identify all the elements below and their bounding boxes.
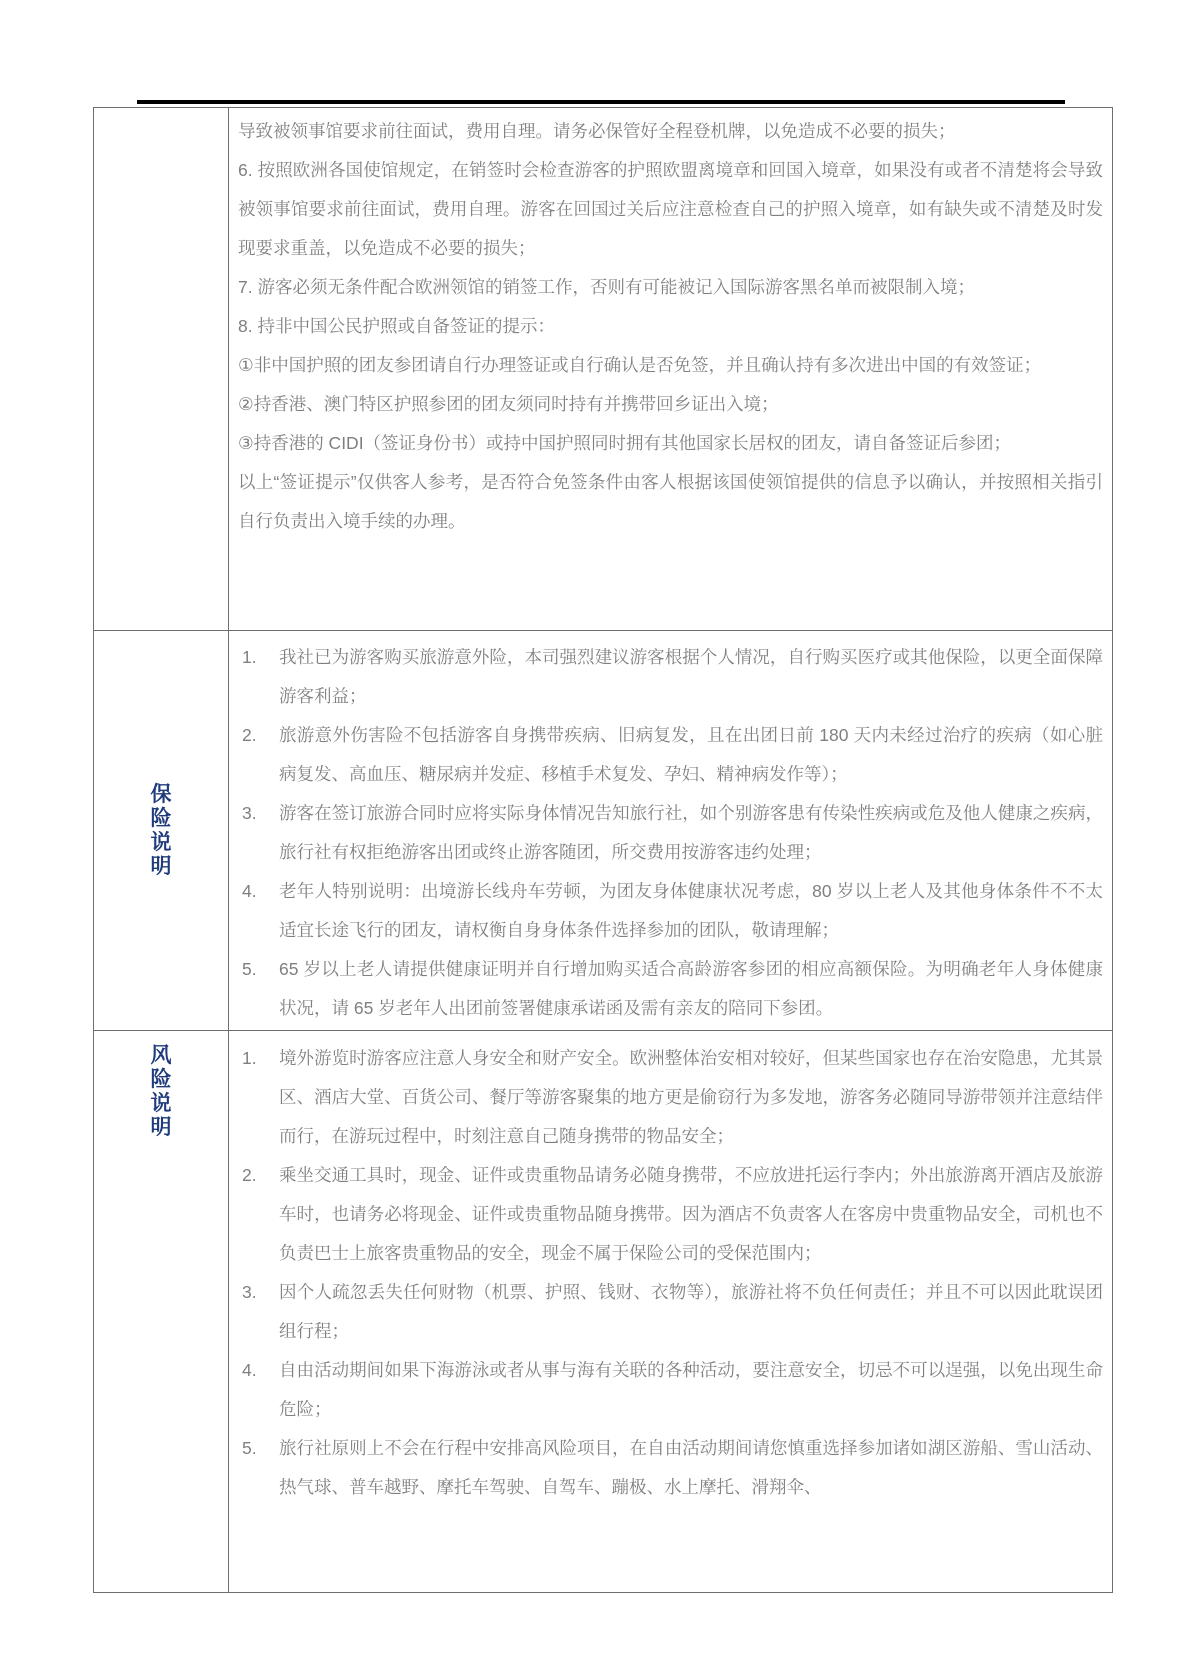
list-item-text: 老年人特别说明：出境游长线舟车劳顿，为团友身体健康状况考虑，80 岁以上老人及其…: [279, 872, 1103, 950]
list-item-text: 65 岁以上老人请提供健康证明并自行增加购买适合高龄游客参团的相应高额保险。为明…: [279, 950, 1103, 1028]
list-item: 4. 自由活动期间如果下海游泳或者从事与海有关联的各种活动，要注意安全，切忌不可…: [242, 1351, 1103, 1429]
document-page: 导致被领事馆要求前往面试，费用自理。请务必保管好全程登机牌，以免造成不必要的损失…: [0, 0, 1185, 1678]
list-item-number: 5.: [242, 1429, 279, 1507]
list-item: 2. 乘坐交通工具时，现金、证件或贵重物品请务必随身携带，不应放进托运行李内；外…: [242, 1156, 1103, 1273]
table-row-visa-notes-continued: 导致被领事馆要求前往面试，费用自理。请务必保管好全程登机牌，以免造成不必要的损失…: [94, 108, 1112, 630]
paragraph: 导致被领事馆要求前往面试，费用自理。请务必保管好全程登机牌，以免造成不必要的损失…: [238, 112, 1103, 151]
insurance-notes-content: 1. 我社已为游客购买旅游意外险，本司强烈建议游客根据个人情况，自行购买医疗或其…: [229, 631, 1112, 1030]
list-item: 2. 旅游意外伤害险不包括游客自身携带疾病、旧病复发，且在出团日前 180 天内…: [242, 716, 1103, 794]
visa-notes-content: 导致被领事馆要求前往面试，费用自理。请务必保管好全程登机牌，以免造成不必要的损失…: [229, 108, 1112, 630]
paragraph: 7. 游客必须无条件配合欧洲领馆的销签工作，否则有可能被记入国际游客黑名单而被限…: [238, 268, 1103, 307]
list-item-number: 1.: [242, 638, 279, 716]
list-item-text: 自由活动期间如果下海游泳或者从事与海有关联的各种活动，要注意安全，切忌不可以逞强…: [279, 1351, 1103, 1429]
paragraph: 6. 按照欧洲各国使馆规定，在销签时会检查游客的护照欧盟离境章和回国入境章，如果…: [238, 151, 1103, 268]
list-item: 1. 我社已为游客购买旅游意外险，本司强烈建议游客根据个人情况，自行购买医疗或其…: [242, 638, 1103, 716]
list-item: 1. 境外游览时游客应注意人身安全和财产安全。欧洲整体治安相对较好，但某些国家也…: [242, 1039, 1103, 1156]
list-item-text: 境外游览时游客应注意人身安全和财产安全。欧洲整体治安相对较好，但某些国家也存在治…: [279, 1039, 1103, 1156]
list-item-number: 2.: [242, 716, 279, 794]
list-item-number: 3.: [242, 794, 279, 872]
list-item-number: 4.: [242, 872, 279, 950]
paragraph: ③持香港的 CIDI（签证身份书）或持中国护照同时拥有其他国家长居权的团友，请自…: [238, 424, 1103, 463]
list-item-number: 4.: [242, 1351, 279, 1429]
travel-notice-table: 导致被领事馆要求前往面试，费用自理。请务必保管好全程登机牌，以免造成不必要的损失…: [93, 107, 1113, 1593]
list-item-text: 我社已为游客购买旅游意外险，本司强烈建议游客根据个人情况，自行购买医疗或其他保险…: [279, 638, 1103, 716]
list-item-text: 因个人疏忽丢失任何财物（机票、护照、钱财、衣物等），旅游社将不负任何责任；并且不…: [279, 1273, 1103, 1351]
table-continuation-thick-border: [137, 100, 1065, 104]
list-item-text: 旅行社原则上不会在行程中安排高风险项目，在自由活动期间请您慎重选择参加诸如湖区游…: [279, 1429, 1103, 1507]
paragraph: ②持香港、澳门特区护照参团的团友须同时持有并携带回乡证出入境；: [238, 385, 1103, 424]
list-item-number: 2.: [242, 1156, 279, 1273]
paragraph: 以上“签证提示”仅供客人参考，是否符合免签条件由客人根据该国使领馆提供的信息予以…: [238, 463, 1103, 541]
list-item-text: 乘坐交通工具时，现金、证件或贵重物品请务必随身携带，不应放进托运行李内；外出旅游…: [279, 1156, 1103, 1273]
insurance-section-label: 保险说明: [148, 783, 174, 879]
list-item-number: 1.: [242, 1039, 279, 1156]
row-label-cell-empty: [94, 108, 229, 630]
row-label-cell-risk: 风险说明: [94, 1031, 229, 1592]
list-item: 5. 旅行社原则上不会在行程中安排高风险项目，在自由活动期间请您慎重选择参加诸如…: [242, 1429, 1103, 1507]
list-item-number: 5.: [242, 950, 279, 1028]
list-item: 3. 游客在签订旅游合同时应将实际身体情况告知旅行社，如个别游客患有传染性疾病或…: [242, 794, 1103, 872]
list-item: 5. 65 岁以上老人请提供健康证明并自行增加购买适合高龄游客参团的相应高额保险…: [242, 950, 1103, 1028]
list-item-text: 游客在签订旅游合同时应将实际身体情况告知旅行社，如个别游客患有传染性疾病或危及他…: [279, 794, 1103, 872]
table-row-risk-notes: 风险说明 1. 境外游览时游客应注意人身安全和财产安全。欧洲整体治安相对较好，但…: [94, 1030, 1112, 1592]
risk-section-label: 风险说明: [148, 1044, 174, 1140]
list-item-number: 3.: [242, 1273, 279, 1351]
list-item: 3. 因个人疏忽丢失任何财物（机票、护照、钱财、衣物等），旅游社将不负任何责任；…: [242, 1273, 1103, 1351]
paragraph: 8. 持非中国公民护照或自备签证的提示：: [238, 307, 1103, 346]
list-item-text: 旅游意外伤害险不包括游客自身携带疾病、旧病复发，且在出团日前 180 天内未经过…: [279, 716, 1103, 794]
list-item: 4. 老年人特别说明：出境游长线舟车劳顿，为团友身体健康状况考虑，80 岁以上老…: [242, 872, 1103, 950]
table-row-insurance-notes: 保险说明 1. 我社已为游客购买旅游意外险，本司强烈建议游客根据个人情况，自行购…: [94, 630, 1112, 1030]
paragraph: ①非中国护照的团友参团请自行办理签证或自行确认是否免签，并且确认持有多次进出中国…: [238, 346, 1103, 385]
row-label-cell-insurance: 保险说明: [94, 631, 229, 1030]
risk-notes-content: 1. 境外游览时游客应注意人身安全和财产安全。欧洲整体治安相对较好，但某些国家也…: [229, 1031, 1112, 1592]
